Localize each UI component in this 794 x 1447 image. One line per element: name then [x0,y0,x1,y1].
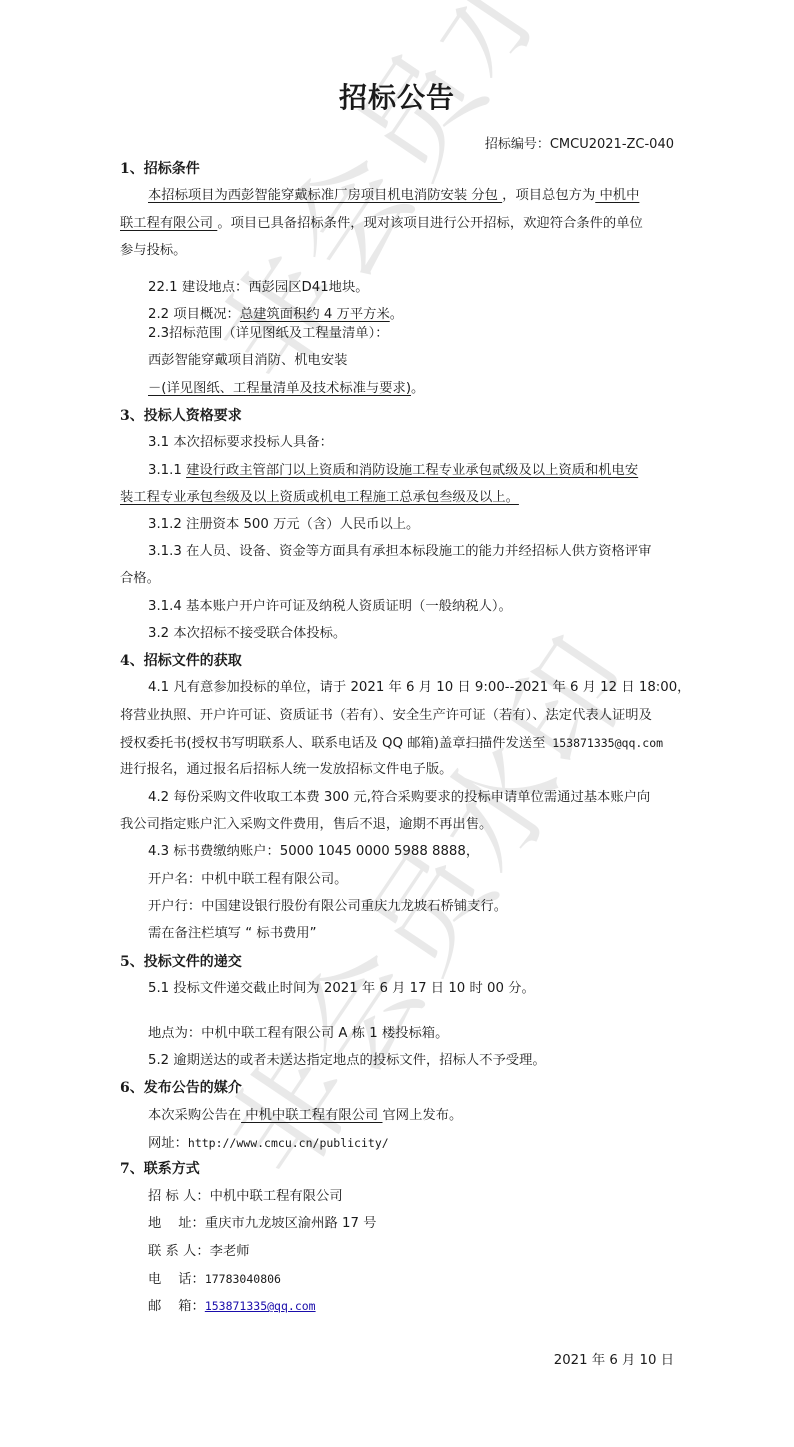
item-3-1-1: 3.1.1 建设行政主管部门以上资质和消防设施工程专业承包贰级及以上资质和机电安 [148,462,638,480]
contact-row: 招 标 人：中机中联工程有限公司 [148,1188,343,1206]
account-name: 开户名：中机中联工程有限公司。 [148,871,347,889]
text: 授权委托书(授权书写明联系人、联系电话及 QQ 邮箱)盖章扫描件发送至 [120,736,545,751]
text: ，项目总包方为 [502,188,595,203]
text: 本次采购公告在 [148,1108,241,1123]
project-name: 本招标项目为西彭智能穿戴标准厂房项目机电消防安装 分包 [148,188,502,203]
item-3-1: 3.1 本次招标要求投标人具备： [148,434,333,452]
text: 官网上发布。 [383,1108,463,1123]
section-heading-5: 5、投标文件的递交 [120,953,242,971]
item-5-2: 5.2 逾期送达的或者未送达指定地点的投标文件，招标人不予受理。 [148,1052,546,1070]
remark: 需在备注栏填写 “ 标书费用” [148,925,317,943]
scope-line: 西彭智能穿戴项目消防、机电安装 [148,352,347,370]
text: 。 [390,307,403,322]
label: 2.2 项目概况： [148,307,240,322]
url-line: 网址：http://www.cmcu.cn/publicity/ [148,1134,389,1153]
section-heading-1: 1、招标条件 [120,160,200,178]
paragraph: 本招标项目为西彭智能穿戴标准厂房项目机电消防安装 分包 ，项目总包方为 中机中 [148,187,639,205]
item-4-2: 4.2 每份采购文件收取工本费 300 元,符合采购要求的投标申请单位需通过基本… [148,789,650,807]
item-3-1-2: 3.1.2 注册资本 500 万元（含）人民币以上。 [148,516,419,534]
contact-row: 电 话：17783040806 [148,1270,281,1289]
value: 李老师 [210,1244,250,1259]
item-4-2: 我公司指定账户汇入采购文件费用，售后不退，逾期不再出售。 [120,816,492,834]
item-2-2: 2.2 项目概况：总建筑面积约 4 万平方米。 [148,306,403,324]
value: 中机中联工程有限公司 [210,1189,343,1204]
label: 网址： [148,1136,188,1151]
email: 153871335@qq.com [545,736,663,750]
publisher-name: 中机中联工程有限公司 [241,1108,382,1123]
item-2-3: 2.3招标范围（详见图纸及工程量清单）： [148,325,389,343]
paragraph: 参与投标。 [120,242,186,260]
contractor-name: 联工程有限公司 [120,216,217,231]
requirement: 装工程专业承包叁级及以上资质或机电工程施工总承包叁级及以上。 [120,489,519,507]
page-title: 招标公告 [0,76,794,116]
section-heading-6: 6、发布公告的媒介 [120,1079,242,1097]
section-heading-3: 3、投标人资格要求 [120,407,242,425]
contact-row: 邮 箱：153871335@qq.com [148,1297,316,1316]
email-link[interactable]: 153871335@qq.com [205,1299,316,1313]
label: 电 话： [148,1272,205,1287]
item-4-1: 4.1 凡有意参加投标的单位，请于 2021 年 6 月 10 日 9:00--… [148,679,690,697]
text: 。项目已具备招标条件，现对该项目进行公开招标，欢迎符合条件的单位 [217,216,643,231]
label: 地 址： [148,1216,205,1231]
requirement: 建设行政主管部门以上资质和消防设施工程专业承包贰级及以上资质和机电安 [186,463,638,478]
bid-number: 招标编号：CMCU2021-ZC-040 [485,133,674,152]
label: 招 标 人： [148,1189,210,1204]
item-4-1: 将营业执照、开户许可证、资质证书（若有）、安全生产许可证（若有）、法定代表人证明… [120,707,652,725]
value: 重庆市九龙坡区渝州路 17 号 [205,1216,377,1231]
document-date: 2021 年 6 月 10 日 [554,1352,674,1370]
label: 邮 箱： [148,1299,205,1314]
item-5-1: 5.1 投标文件递交截止时间为 2021 年 6 月 17 日 10 时 00 … [148,980,535,998]
website-url: http://www.cmcu.cn/publicity/ [188,1136,389,1150]
contact-row: 联 系 人：李老师 [148,1243,250,1261]
scope-line: －(详见图纸、工程量清单及技术标准与要求)。 [148,380,424,398]
location: 地点为：中机中联工程有限公司 A 栋 1 楼投标箱。 [148,1025,448,1043]
item-number: 3.1.1 [148,463,186,478]
item-3-1-3: 3.1.3 在人员、设备、资金等方面具有承担本标段施工的能力并经招标人供方资格评… [148,543,651,561]
text: 。 [411,381,424,396]
contractor-name: 中机中 [595,188,639,203]
watermark: 非会员水印 [170,0,658,410]
label: 联 系 人： [148,1244,210,1259]
bank: 开户行：中国建设银行股份有限公司重庆九龙坡石桥铺支行。 [148,898,507,916]
value: 总建筑面积约 4 万平方米 [240,307,390,322]
section-heading-4: 4、招标文件的获取 [120,652,242,670]
item-4-1: 授权委托书(授权书写明联系人、联系电话及 QQ 邮箱)盖章扫描件发送至 1538… [120,734,663,753]
phone: 17783040806 [205,1272,281,1286]
item-3-2: 3.2 本次招标不接受联合体投标。 [148,625,346,643]
contact-row: 地 址：重庆市九龙坡区渝州路 17 号 [148,1215,376,1233]
item-2-1: 22.1 建设地点：西彭园区D41地块。 [148,279,369,297]
publish-line: 本次采购公告在 中机中联工程有限公司 官网上发布。 [148,1107,462,1125]
scope-detail: －(详见图纸、工程量清单及技术标准与要求) [148,381,411,396]
item-3-1-4: 3.1.4 基本账户开户许可证及纳税人资质证明（一般纳税人）。 [148,598,512,616]
item-4-3: 4.3 标书费缴纳账户：5000 1045 0000 5988 8888， [148,843,479,861]
item-4-1: 进行报名，通过报名后招标人统一发放招标文件电子版。 [120,761,452,779]
item-3-1-3: 合格。 [120,570,160,588]
paragraph: 联工程有限公司 。项目已具备招标条件，现对该项目进行公开招标，欢迎符合条件的单位 [120,215,643,233]
section-heading-7: 7、联系方式 [120,1160,200,1178]
